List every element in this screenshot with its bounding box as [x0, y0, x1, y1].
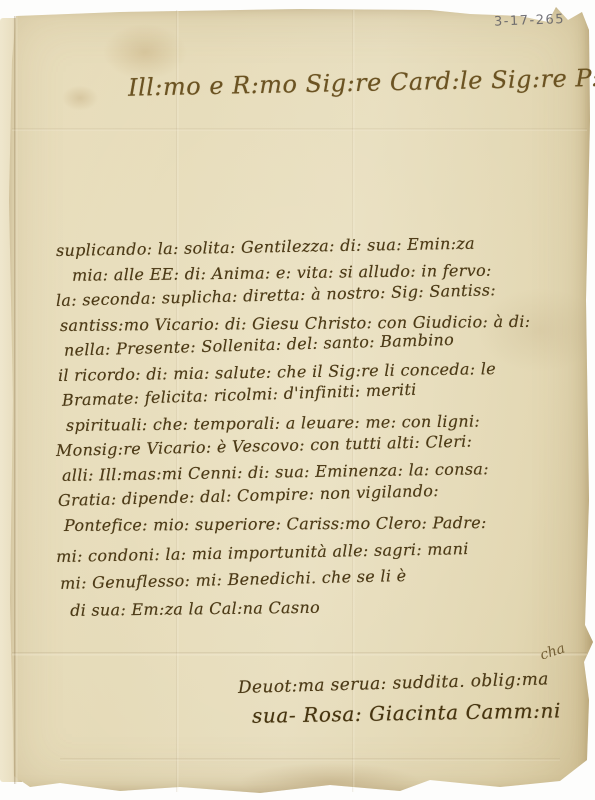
- letter-closing: Deuot:ma serua: suddita. oblig:ma sua- R…: [238, 678, 578, 728]
- body-line: Pontefice: mio: superiore: Cariss:mo Cle…: [64, 509, 569, 538]
- letter-body: suplicando: la: solita: Gentilezza: di: …: [56, 238, 561, 613]
- catalog-number: 3-17-265: [494, 11, 584, 29]
- signature-line: sua- Rosa: Giacinta Camm:ni: [252, 698, 592, 728]
- scanned-letter: 3-17-265 Ill:mo e R:mo Sig:re Card:le Si…: [0, 0, 595, 800]
